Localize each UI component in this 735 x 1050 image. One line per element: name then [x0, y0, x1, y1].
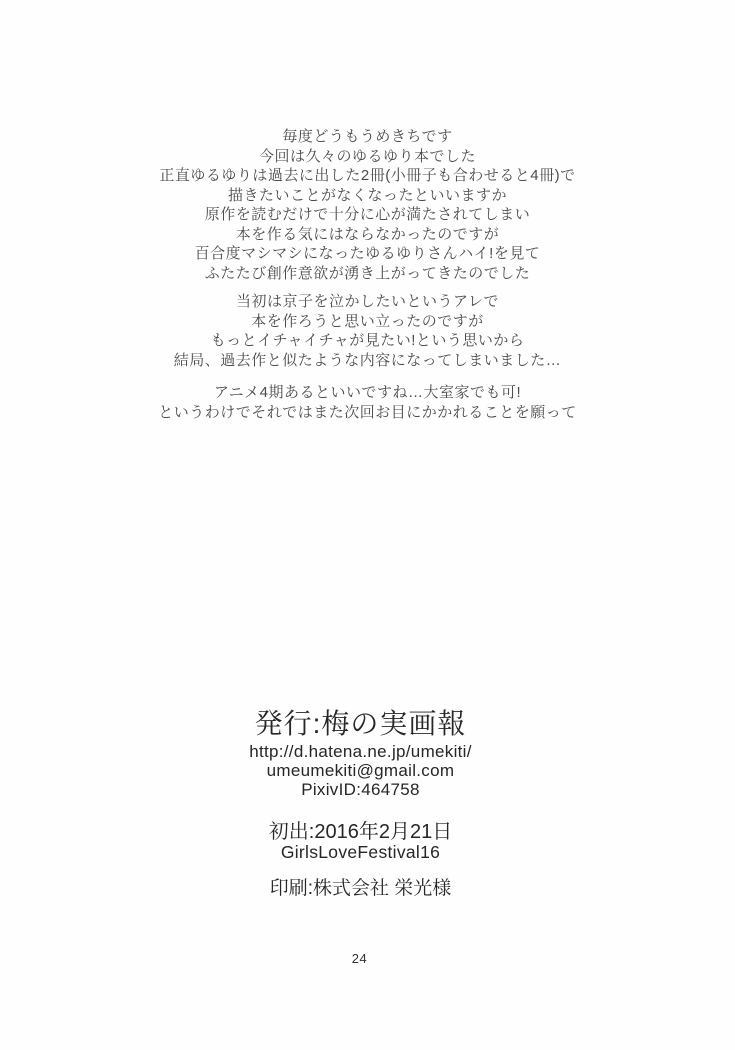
afterword-line: 毎度どうもうめきちです — [0, 127, 735, 147]
afterword-line: 正直ゆるゆりは過去に出した2冊(小冊子も合わせると4冊)で — [0, 166, 735, 186]
event-name: GirlsLoveFestival16 — [0, 843, 728, 862]
afterword-line: アニメ4期あるといいですね…大室家でも可! — [0, 383, 735, 403]
page-number: 24 — [0, 951, 727, 966]
first-published-date: 初出:2016年2月21日 — [0, 821, 728, 843]
afterword-line: ふたたび創作意欲が湧き上がってきたのでした — [0, 264, 735, 284]
publisher-email: umeumekiti@gmail.com — [0, 761, 728, 780]
printer-credit: 印刷:株式会社 栄光様 — [0, 878, 728, 899]
afterword-line: もっとイチャイチャが見たい!という思いから — [0, 331, 735, 351]
afterword-line: 本を作る気にはならなかったのですが — [0, 225, 735, 245]
afterword-line: 原作を読むだけで十分に心が満たされてしまい — [0, 205, 735, 225]
pixiv-id: PixivID:464758 — [0, 780, 728, 799]
afterword-line: 今回は久々のゆるゆり本でした — [0, 147, 735, 167]
publisher-url: http://d.hatena.ne.jp/umekiti/ — [0, 742, 728, 761]
scanned-afterword-page: 毎度どうもうめきちです 今回は久々のゆるゆり本でした 正直ゆるゆりは過去に出した… — [0, 0, 735, 1050]
afterword-paragraph-3: アニメ4期あるといいですね…大室家でも可! というわけでそれではまた次回お目にか… — [0, 383, 735, 422]
colophon: 発行:梅の実画報 http://d.hatena.ne.jp/umekiti/ … — [0, 705, 728, 899]
afterword-line: というわけでそれではまた次回お目にかかれることを願って — [0, 403, 735, 423]
afterword-line: 百合度マシマシになったゆるゆりさんハイ!を見て — [0, 244, 735, 264]
afterword-text: 毎度どうもうめきちです 今回は久々のゆるゆり本でした 正直ゆるゆりは過去に出した… — [0, 127, 735, 422]
afterword-paragraph-2: 当初は京子を泣かしたいというアレで 本を作ろうと思い立ったのですが もっとイチャ… — [0, 292, 735, 370]
afterword-line: 結局、過去作と似たような内容になってしまいました… — [0, 351, 735, 371]
afterword-line: 当初は京子を泣かしたいというアレで — [0, 292, 735, 312]
afterword-line: 描きたいことがなくなったといいますか — [0, 186, 735, 206]
publisher-line: 発行:梅の実画報 — [0, 705, 728, 742]
afterword-line: 本を作ろうと思い立ったのですが — [0, 312, 735, 332]
afterword-paragraph-1: 毎度どうもうめきちです 今回は久々のゆるゆり本でした 正直ゆるゆりは過去に出した… — [0, 127, 735, 283]
